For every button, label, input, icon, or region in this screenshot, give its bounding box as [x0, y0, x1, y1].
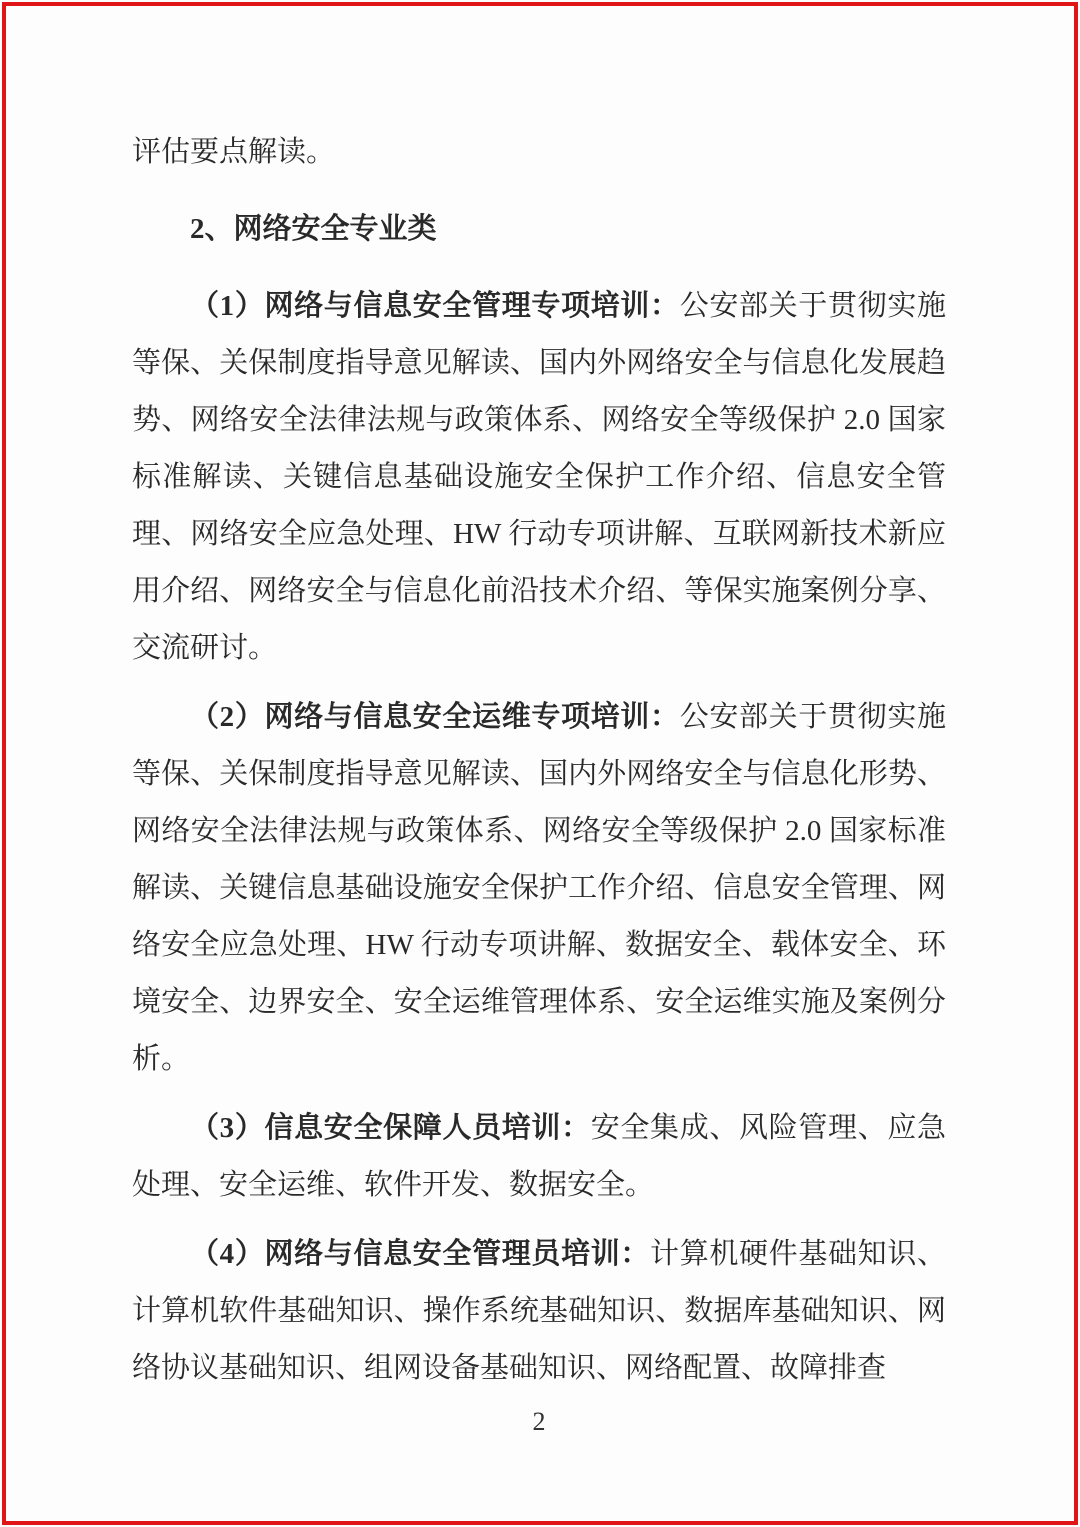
training-item-1-body: 公安部关于贯彻实施等保、关保制度指导意见解读、国内外网络安全与信息化发展趋势、网…: [132, 290, 946, 664]
document-content: 评估要点解读。 2、网络安全专业类 （1）网络与信息安全管理专项培训：公安部关于…: [132, 124, 946, 1435]
continuation-paragraph: 评估要点解读。: [132, 124, 946, 181]
training-item-4: （4）网络与信息安全管理员培训：计算机硬件基础知识、计算机软件基础知识、操作系统…: [132, 1226, 946, 1397]
training-item-2-label: （2）网络与信息安全运维专项培训：: [190, 701, 680, 733]
training-item-2: （2）网络与信息安全运维专项培训：公安部关于贯彻实施等保、关保制度指导意见解读、…: [132, 689, 946, 1088]
section-heading: 2、网络安全专业类: [132, 201, 946, 258]
training-item-2-body: 公安部关于贯彻实施等保、关保制度指导意见解读、国内外网络安全与信息化形势、网络安…: [132, 701, 946, 1075]
training-item-3-label: （3）信息安全保障人员培训：: [190, 1112, 591, 1144]
training-item-3: （3）信息安全保障人员培训：安全集成、风险管理、应急处理、安全运维、软件开发、数…: [132, 1100, 946, 1214]
page-number: 2: [132, 1409, 946, 1435]
training-item-4-label: （4）网络与信息安全管理员培训：: [190, 1238, 650, 1270]
training-item-1: （1）网络与信息安全管理专项培训：公安部关于贯彻实施等保、关保制度指导意见解读、…: [132, 278, 946, 677]
training-item-1-label: （1）网络与信息安全管理专项培训：: [190, 290, 680, 322]
